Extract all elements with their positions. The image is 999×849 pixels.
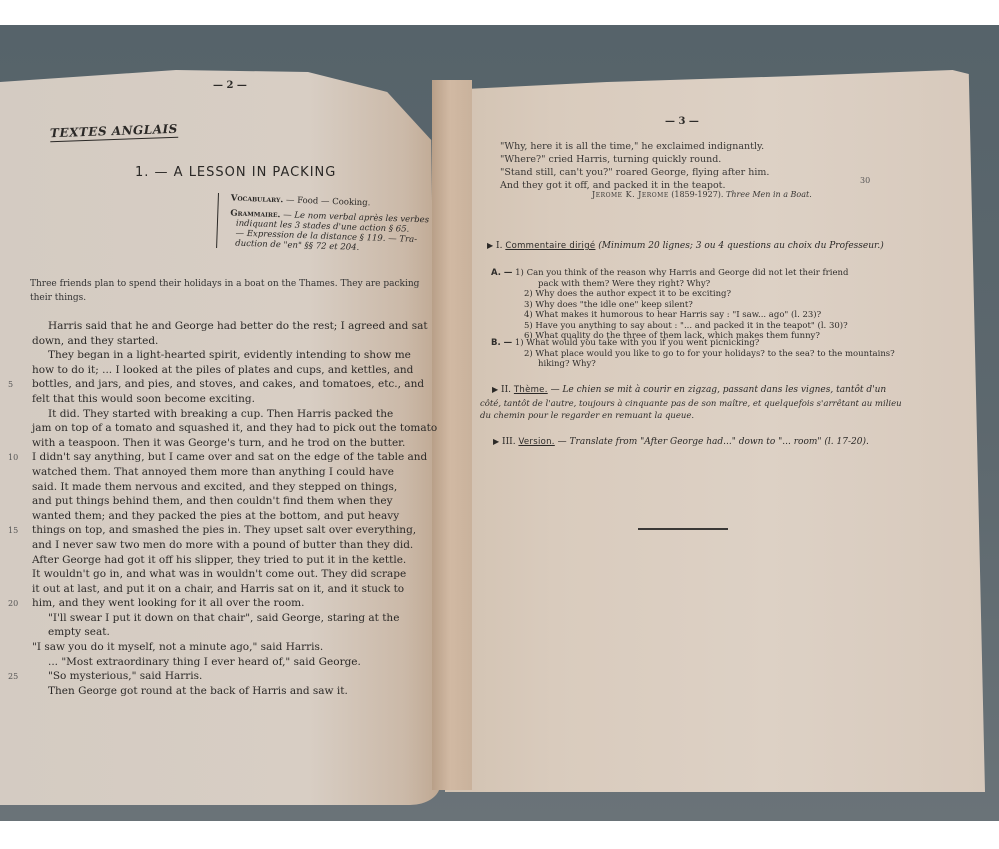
passage-line: wanted them; and they packed the pies at… — [32, 510, 437, 525]
passage-line: 20him, and they went looking for it all … — [32, 597, 437, 612]
line-text: I didn't say anything, but I came over a… — [32, 451, 427, 463]
passage-text: Harris said that he and George had bette… — [32, 320, 437, 699]
theme-text: côté, tantôt de l'autre, toujours à cinq… — [480, 398, 902, 422]
passage-line: and put things behind them, and then cou… — [32, 495, 437, 510]
passage-line: "Where?" cried Harris, turning quickly r… — [500, 154, 769, 167]
line-text: empty seat. — [48, 626, 110, 638]
work-title: Three Men in a Boat. — [726, 190, 812, 199]
passage-line: jam on top of a tomato and squashed it, … — [32, 422, 437, 437]
passage-line: and I never saw two men do more with a p… — [32, 539, 437, 554]
attribution: Jerome K. Jerome (1859-1927). Three Men … — [592, 190, 812, 199]
line-text: it out at last, and put it on a chair, a… — [32, 583, 404, 595]
line-text: things on top, and smashed the pies in. … — [32, 524, 416, 536]
line-text: Harris said that he and George had bette… — [48, 320, 428, 332]
question: 2) What place would you like to go to fo… — [491, 349, 895, 360]
passage-line: "Stand still, can't you?" roared George,… — [500, 167, 769, 180]
line-text: bottles, and jars, and pies, and stoves,… — [32, 378, 424, 390]
lesson-title: 1. — A LESSON IN PACKING — [135, 165, 336, 180]
passage-line: Harris said that he and George had bette… — [32, 320, 437, 335]
line-text: "I'll swear I put it down on that chair"… — [48, 612, 399, 624]
vocabulary-label: Vocabulary. — [231, 193, 284, 205]
end-rule-divider — [638, 528, 728, 530]
line-text: jam on top of a tomato and squashed it, … — [32, 422, 437, 434]
line-text: "So mysterious," said Harris. — [48, 670, 202, 682]
passage-line: It did. They started with breaking a cup… — [32, 408, 437, 423]
question-group-a: A. — 1) Can you think of the reason why … — [491, 268, 848, 342]
passage-line: felt that this would soon become excitin… — [32, 393, 437, 408]
author-dates: (1859-1927). — [671, 190, 723, 199]
question: 1) What would you take with you if you w… — [515, 338, 759, 348]
question: 2) Why does the author expect it to be e… — [491, 289, 848, 300]
version-text: — Translate from "After George had..." d… — [558, 437, 869, 447]
line-text: with a teaspoon. Then it was George's tu… — [32, 437, 405, 449]
passage-line: After George had got it off his slipper,… — [32, 554, 437, 569]
passage-line: with a teaspoon. Then it was George's tu… — [32, 437, 437, 452]
line-text: After George had got it off his slipper,… — [32, 554, 406, 566]
line-text: and I never saw two men do more with a p… — [32, 539, 413, 551]
question: pack with them? Were they right? Why? — [491, 279, 848, 290]
theme-line: côté, tantôt de l'autre, toujours à cinq… — [480, 398, 902, 410]
theme-line: — Le chien se mit à courir en zigzag, pa… — [551, 385, 887, 395]
passage-line: 15things on top, and smashed the pies in… — [32, 524, 437, 539]
left-page-number: — 2 — — [213, 80, 247, 91]
group-letter: B. — — [491, 338, 512, 348]
book-gutter — [432, 80, 472, 790]
passage-line: "Why, here it is all the time," he excla… — [500, 141, 769, 154]
line-text: watched them. That annoyed them more tha… — [32, 466, 394, 478]
passage-line: how to do it; ... I looked at the piles … — [32, 364, 437, 379]
passage-line: "I'll swear I put it down on that chair"… — [32, 612, 437, 627]
intro-paragraph: Three friends plan to spend their holida… — [30, 277, 420, 305]
passage-line: "I saw you do it myself, not a minute ag… — [32, 641, 437, 656]
passage-line: it out at last, and put it on a chair, a… — [32, 583, 437, 598]
passage-line: 25"So mysterious," said Harris. — [32, 670, 437, 685]
passage-line: ... "Most extraordinary thing I ever hea… — [32, 656, 437, 671]
line-text: how to do it; ... I looked at the piles … — [32, 364, 413, 376]
line-text: It did. They started with breaking a cup… — [48, 408, 393, 420]
grammar-sidebox: Vocabulary. — Food — Cooking. Grammaire.… — [216, 193, 430, 255]
passage-line: Then George got round at the back of Har… — [32, 685, 437, 700]
line-number: 20 — [8, 599, 18, 608]
question: 4) What makes it humorous to hear Harris… — [491, 310, 848, 321]
exercise-version-heading: ▶ III. Version. — Translate from "After … — [493, 437, 869, 447]
line-text: down, and they started. — [32, 335, 158, 347]
line-number: 15 — [8, 526, 18, 535]
passage-line: It wouldn't go in, and what was in would… — [32, 568, 437, 583]
passage-continuation: "Why, here it is all the time," he excla… — [500, 141, 769, 193]
line-number: 30 — [860, 176, 870, 185]
line-number: 25 — [8, 672, 18, 681]
question: 3) Why does "the idle one" keep silent? — [491, 300, 848, 311]
arrow-marker-icon: ▶ — [492, 385, 498, 394]
line-text: said. It made them nervous and excited, … — [32, 481, 397, 493]
passage-line: 5bottles, and jars, and pies, and stoves… — [32, 378, 437, 393]
theme-line: du chemin pour le regarder en remuant la… — [480, 410, 902, 422]
arrow-marker-icon: ▶ — [493, 437, 499, 446]
question: 5) Have you anything to say about : "...… — [491, 321, 848, 332]
group-letter: A. — — [491, 268, 512, 278]
passage-line: 10I didn't say anything, but I came over… — [32, 451, 437, 466]
line-text: ... "Most extraordinary thing I ever hea… — [48, 656, 361, 668]
exercise-label: Version. — [518, 437, 554, 447]
line-text: "I saw you do it myself, not a minute ag… — [32, 641, 323, 653]
passage-line: empty seat. — [32, 626, 437, 641]
exercise-label: Commentaire dirigé — [505, 241, 595, 251]
arrow-marker-icon: ▶ — [487, 241, 493, 250]
line-text: and put things behind them, and then cou… — [32, 495, 393, 507]
question: 1) Can you think of the reason why Harri… — [515, 268, 848, 278]
line-text: They began in a light-hearted spirit, ev… — [48, 349, 411, 361]
exercise-numeral: II. — [501, 385, 511, 395]
line-text: It wouldn't go in, and what was in would… — [32, 568, 406, 580]
line-number: 5 — [8, 380, 13, 389]
passage-line: down, and they started. — [32, 335, 437, 350]
author-name: Jerome K. Jerome — [592, 190, 669, 199]
exercise-theme-heading: ▶ II. Thème. — Le chien se mit à courir … — [492, 385, 886, 395]
passage-line: said. It made them nervous and excited, … — [32, 481, 437, 496]
line-text: felt that this would soon become excitin… — [32, 393, 255, 405]
question: hiking? Why? — [491, 359, 895, 370]
exercise-numeral: I. — [496, 241, 502, 251]
exercise-numeral: III. — [502, 437, 516, 447]
exercise-commentaire-heading: ▶ I. Commentaire dirigé (Minimum 20 lign… — [487, 241, 884, 251]
exercise-note: (Minimum 20 lignes; 3 ou 4 questions au … — [598, 241, 883, 251]
line-number: 10 — [8, 453, 18, 462]
right-page-number: — 3 — — [665, 116, 699, 127]
passage-line: watched them. That annoyed them more tha… — [32, 466, 437, 481]
exercise-label: Thème. — [514, 385, 548, 395]
question-group-b: B. — 1) What would you take with you if … — [491, 338, 895, 370]
line-text: him, and they went looking for it all ov… — [32, 597, 304, 609]
line-text: Then George got round at the back of Har… — [48, 685, 348, 697]
passage-line: They began in a light-hearted spirit, ev… — [32, 349, 437, 364]
line-text: wanted them; and they packed the pies at… — [32, 510, 399, 522]
